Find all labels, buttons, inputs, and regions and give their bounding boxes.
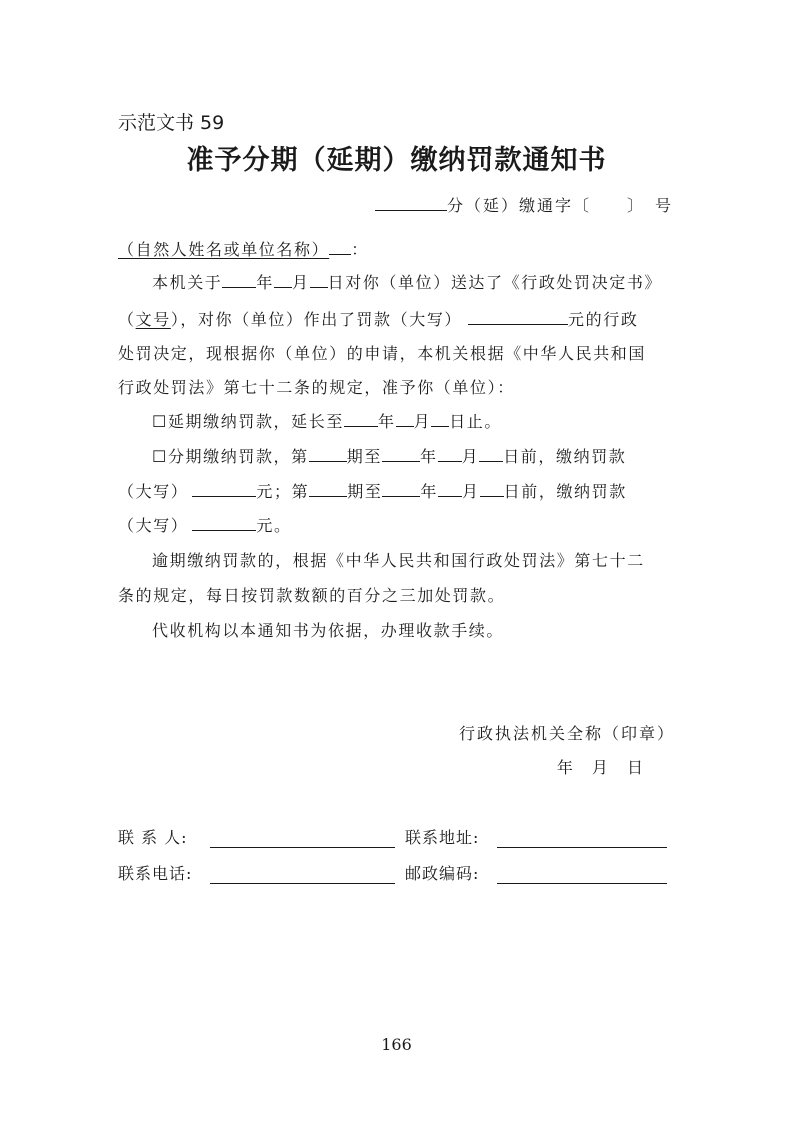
overdue-line2: 条的规定，每日按罚款数额的百分之三加处罚款。 — [118, 583, 675, 606]
contact-phone-label: 联系电话: — [118, 861, 210, 884]
text: 年 — [420, 482, 438, 501]
contact-person-field[interactable] — [210, 831, 395, 848]
text: 元。 — [256, 516, 291, 535]
period2-amount-field[interactable] — [192, 514, 256, 531]
overdue-line1: 逾期缴纳罚款的，根据《中华人民共和国行政处罚法》第七十二 — [118, 548, 709, 571]
extend-month-field[interactable] — [396, 410, 414, 427]
period1-day-field[interactable] — [479, 445, 503, 462]
text: 期至 — [347, 447, 382, 466]
text: 月 — [462, 447, 480, 466]
period1-month-field[interactable] — [438, 445, 462, 462]
period2-year-field[interactable] — [382, 480, 420, 497]
text: （大写） — [118, 516, 188, 535]
text: 月 — [292, 273, 310, 292]
contact-phone-field[interactable] — [210, 867, 395, 884]
contact-address-label: 联系地址: — [405, 825, 497, 848]
template-label: 示范文书 59 — [118, 108, 224, 135]
text: 日前，缴纳罚款 — [504, 482, 627, 501]
extend-year-field[interactable] — [344, 410, 378, 427]
month-field[interactable] — [274, 271, 292, 288]
text: 延期缴纳罚款，延长至 — [168, 412, 344, 431]
text: 本机关于 — [152, 273, 222, 292]
para1-line1: 本机关于年月日对你（单位）送达了《行政处罚决定书》 — [118, 270, 675, 293]
contact-row-1: 联 系 人: 联系地址: — [118, 825, 667, 848]
text: 月 — [414, 412, 432, 431]
doc-number-prefix-field[interactable] — [375, 194, 447, 211]
period2-field[interactable] — [309, 480, 347, 497]
period1-field[interactable] — [309, 445, 347, 462]
para1-line4: 行政处罚法》第七十二条的规定，准予你（单位）： — [118, 375, 675, 398]
extend-checkbox[interactable]: ☐ — [152, 412, 168, 431]
text: 日对你（单位）送达了《行政处罚决定书》 — [328, 273, 662, 292]
para1-line2: （文号），对你（单位）作出了罚款（大写）元的行政 — [118, 307, 675, 330]
contact-person-label: 联 系 人: — [118, 825, 210, 848]
postcode-field[interactable] — [497, 867, 667, 884]
decision-doc-number-field[interactable]: 文号 — [136, 310, 171, 329]
text: 年 — [256, 273, 274, 292]
postcode-label: 邮政编码: — [405, 861, 497, 884]
text: 日前，缴纳罚款 — [503, 447, 626, 466]
period1-amount-field[interactable] — [192, 480, 256, 497]
addressee-line: （自然人姓名或单位名称）： — [118, 237, 675, 260]
addressee-field[interactable]: （自然人姓名或单位名称） — [118, 240, 329, 259]
text: 期至 — [347, 482, 382, 501]
contact-address-field[interactable] — [497, 831, 667, 848]
day-field[interactable] — [310, 271, 328, 288]
agency-seal-line: 行政执法机关全称（印章） — [459, 721, 675, 744]
signature-date: 年 月 日 — [557, 755, 643, 778]
period2-day-field[interactable] — [480, 480, 504, 497]
text: （ — [118, 310, 136, 329]
page-number: 166 — [0, 1035, 793, 1054]
doc-number-suffix: 分（延）缴通字〔 〕 号 — [447, 196, 673, 215]
document-number: 分（延）缴通字〔 〕 号 — [375, 193, 673, 216]
collection-paragraph: 代收机构以本通知书为依据，办理收款手续。 — [118, 618, 709, 641]
document-title: 准予分期（延期）缴纳罚款通知书 — [0, 138, 793, 177]
addressee-underline — [329, 238, 351, 255]
period2-month-field[interactable] — [438, 480, 462, 497]
year-field[interactable] — [222, 271, 256, 288]
text: （大写） — [118, 482, 188, 501]
option-install-line3: （大写）元。 — [118, 513, 675, 536]
text: ），对你（单位）作出了罚款（大写） — [171, 310, 462, 329]
text: 月 — [462, 482, 480, 501]
addressee-colon: ： — [351, 240, 369, 259]
text: 元的行政 — [568, 310, 638, 329]
option-install-line1: ☐分期缴纳罚款，第期至年月日前，缴纳罚款 — [118, 444, 675, 467]
install-checkbox[interactable]: ☐ — [152, 447, 168, 466]
text: 分期缴纳罚款，第 — [168, 447, 309, 466]
fine-amount-field[interactable] — [468, 308, 568, 325]
para1-line3: 处罚决定，现根据你（单位）的申请，本机关根据《中华人民共和国 — [118, 341, 675, 364]
option-extend: ☐延期缴纳罚款，延长至年月日止。 — [118, 409, 675, 432]
text: 元；第 — [256, 482, 309, 501]
period1-year-field[interactable] — [382, 445, 420, 462]
text: 年 — [378, 412, 396, 431]
text: 日止。 — [449, 412, 502, 431]
contact-row-2: 联系电话: 邮政编码: — [118, 861, 667, 884]
text: 年 — [420, 447, 438, 466]
option-install-line2: （大写）元；第期至年月日前，缴纳罚款 — [118, 479, 675, 502]
extend-day-field[interactable] — [431, 410, 449, 427]
